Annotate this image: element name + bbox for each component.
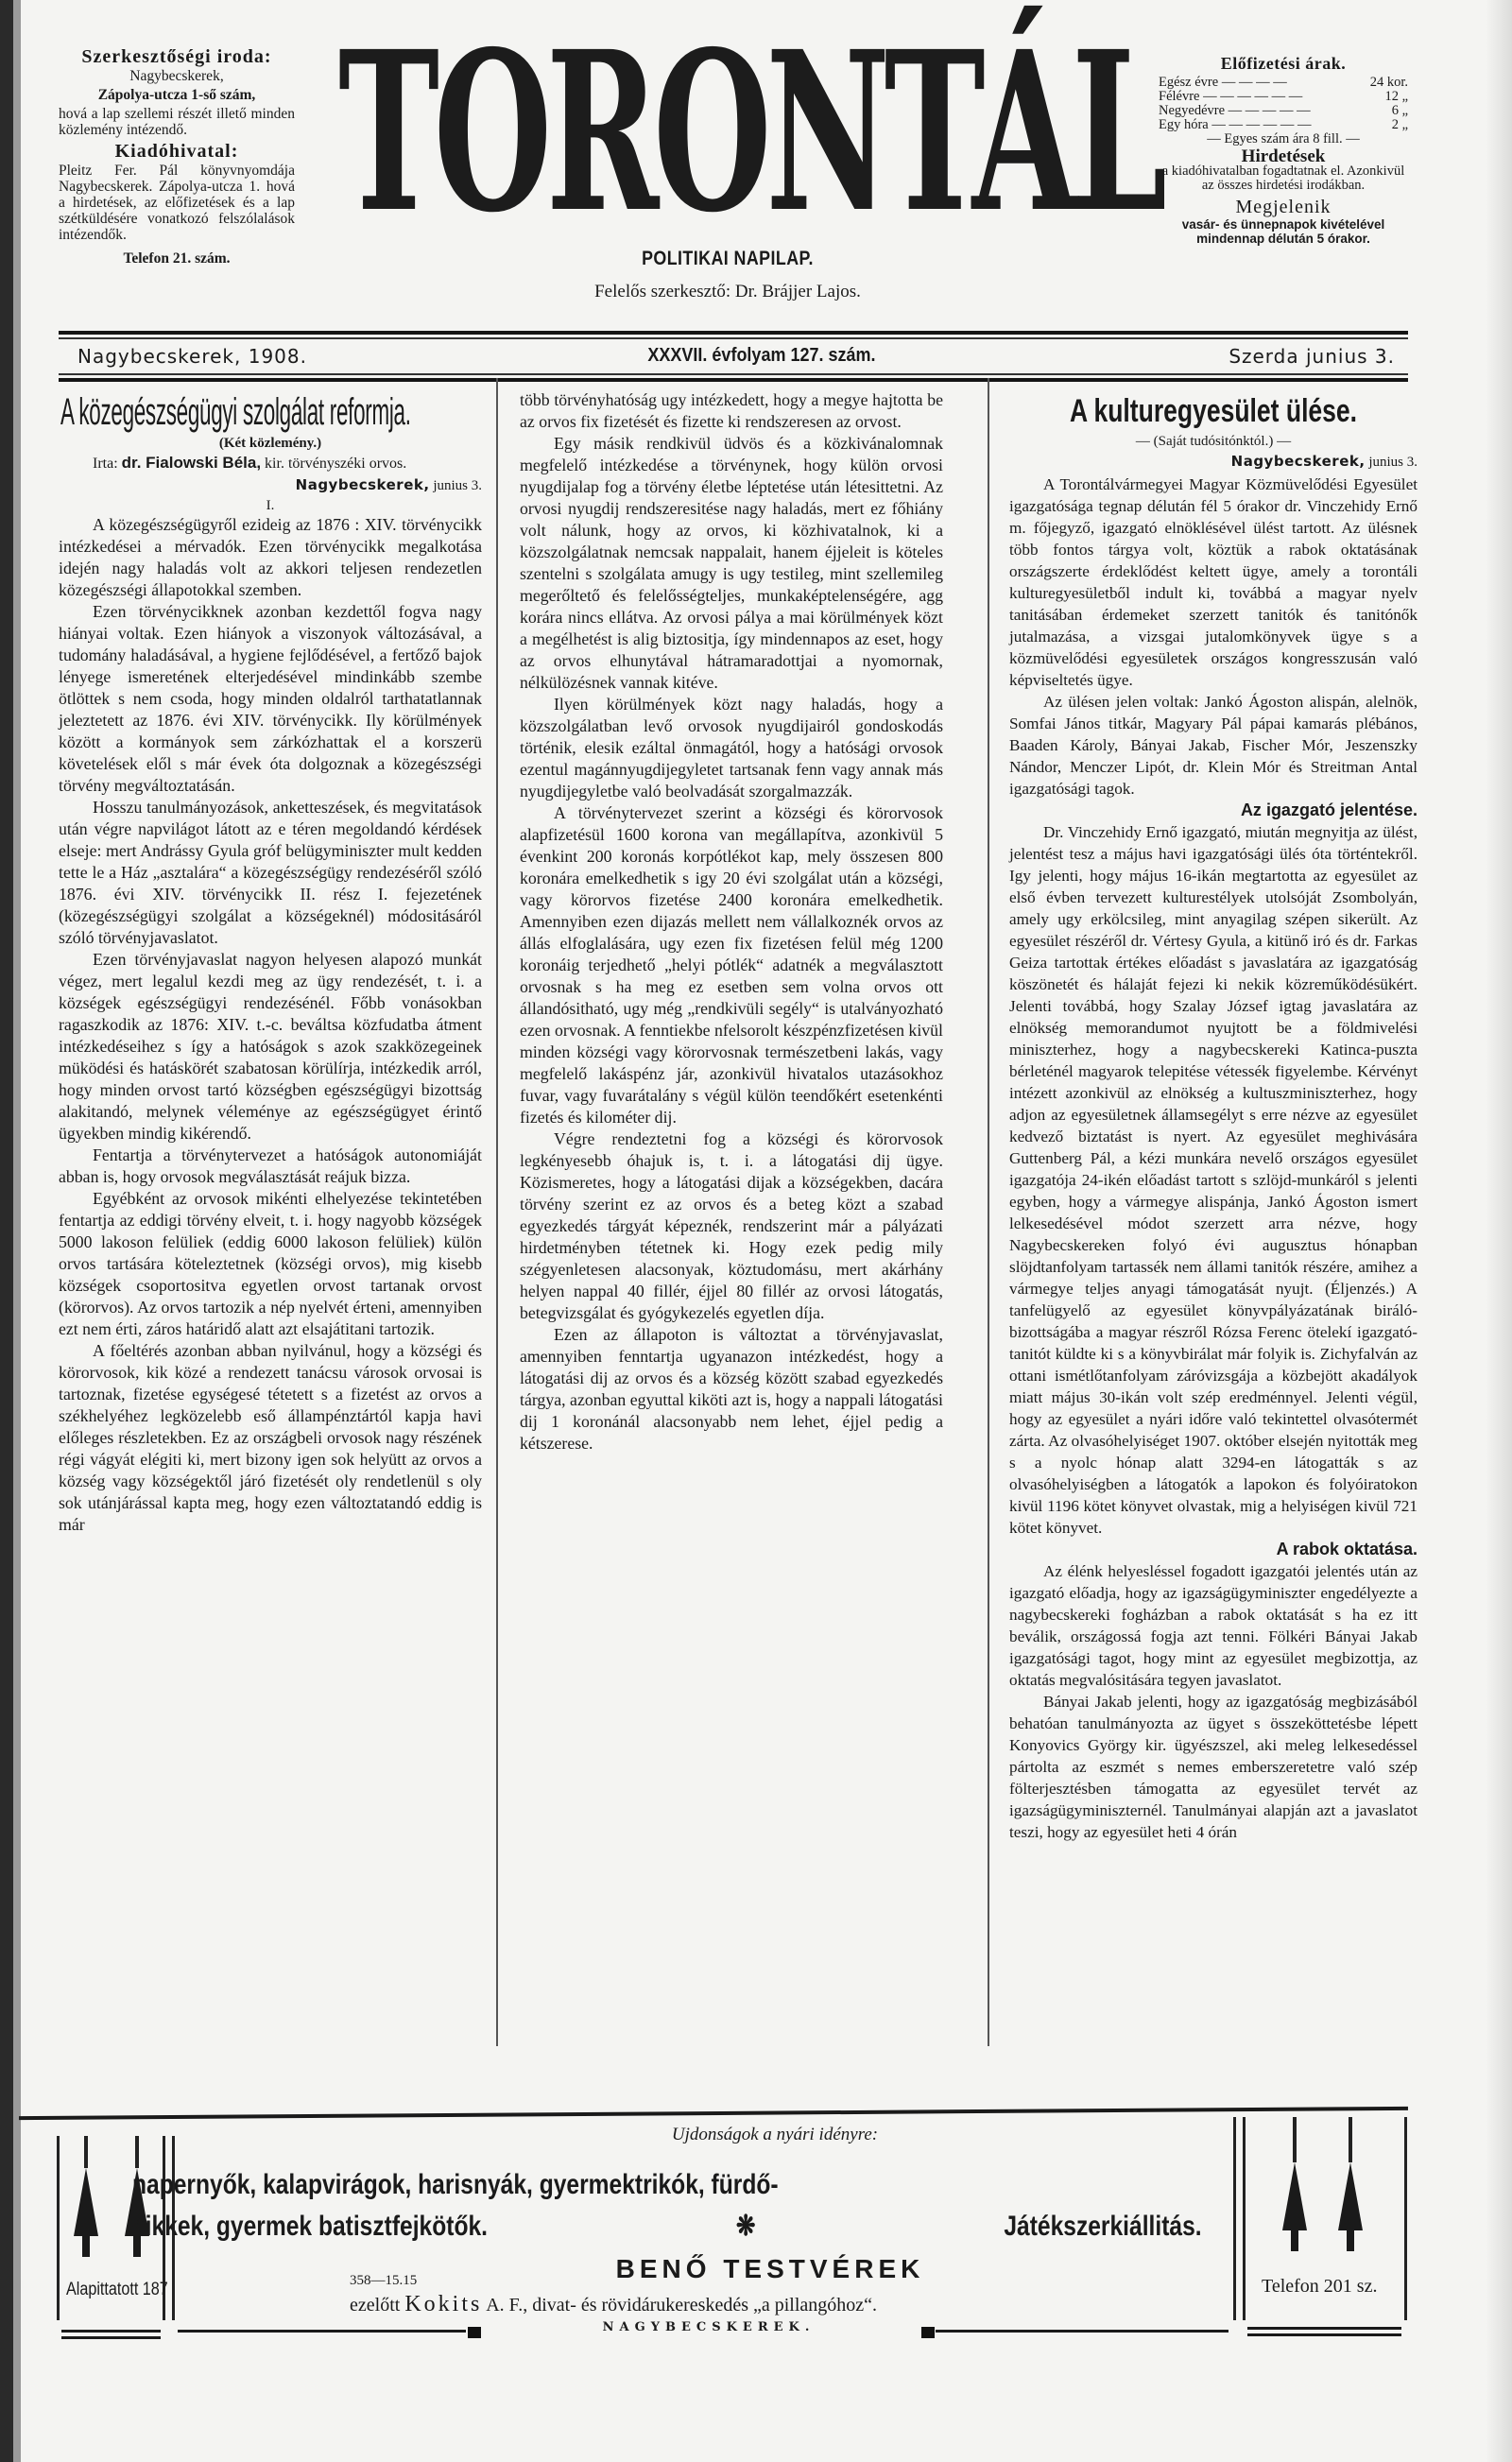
article-paragraph: Végre rendeztetni fog a községi és köror… bbox=[520, 1128, 943, 1324]
ad-city: NAGYBECSKEREK. bbox=[510, 2320, 907, 2334]
price-label: Félévre — — — — — — bbox=[1159, 90, 1302, 104]
ad-decorative-block bbox=[921, 2327, 935, 2338]
office-heading: Szerkesztőségi iroda: bbox=[59, 49, 295, 65]
former-shop-details: A. F., divat- és rövidárukereskedés „a p… bbox=[486, 2295, 877, 2316]
ad-founded: Alapittatott 187 bbox=[66, 2280, 168, 2300]
issue-date: Szerda junius 3. bbox=[1228, 345, 1395, 368]
ad-border bbox=[1233, 2117, 1236, 2320]
article-paragraph: Ezen törvénycikknek azonban kezdettől fo… bbox=[59, 601, 482, 797]
article-paragraph: A közegészségügyről ezideig az 1876 : XI… bbox=[59, 514, 482, 601]
ad-code: 358—15.15 bbox=[350, 2273, 417, 2289]
ornament-star-icon: ❋ bbox=[736, 2206, 756, 2247]
price-row: Negyedévre — — — — —6 „ bbox=[1159, 104, 1408, 118]
dateline-place: Nagybecskerek, bbox=[1231, 453, 1366, 470]
dateline-date: junius 3. bbox=[433, 478, 482, 493]
hanging-lamp-icon bbox=[1282, 2117, 1307, 2251]
article-headline: A közegészségügyi szolgálat reformja. bbox=[60, 389, 484, 435]
ads-note: a kiadóhivatalban fogadtatnak el. Azonki… bbox=[1159, 164, 1408, 193]
newspaper-title: TORONTÁL bbox=[338, 38, 751, 227]
price-value: 2 „ bbox=[1392, 118, 1408, 132]
issue-number: XXXVII. évfolyam 127. szám. bbox=[647, 345, 875, 367]
article-subtitle: (Két közlemény.) bbox=[59, 435, 482, 452]
byline-prefix: Irta: bbox=[93, 456, 118, 472]
article-paragraph: Bányai Jakab jelenti, hogy az igazgatósá… bbox=[1009, 1691, 1417, 1843]
dateline-date: junius 3. bbox=[1368, 455, 1417, 470]
ad-border bbox=[1243, 2117, 1246, 2320]
article-paragraph: Az ülésen jelen voltak: Jankó Ágoston al… bbox=[1009, 691, 1417, 800]
article-paragraph: Egyébként az orvosok mikénti elhelyezése… bbox=[59, 1188, 482, 1340]
article-part-number: I. bbox=[59, 497, 482, 514]
price-value: 6 „ bbox=[1392, 104, 1408, 118]
article-paragraph: Fentartja a törvénytervezet a hatóságok … bbox=[59, 1145, 482, 1188]
article-paragraph: A főeltérés azonban abban nyilvánul, hog… bbox=[59, 1340, 482, 1536]
ad-goods-text: Játékszerkiállitás. bbox=[1004, 2206, 1201, 2247]
publisher-note: Pleitz Fer. Pál könyvnyomdája Nagybecske… bbox=[59, 163, 295, 243]
ad-decorative-bar bbox=[61, 2336, 161, 2339]
ad-decorative-bar bbox=[178, 2330, 466, 2333]
ad-decorative-bar bbox=[936, 2330, 1228, 2333]
top-rule-thin bbox=[59, 337, 1408, 339]
ads-heading: Hirdetések bbox=[1159, 149, 1408, 164]
former-shop-owner: Kokits bbox=[404, 2292, 482, 2316]
dateline-place: Nagybecskerek, bbox=[296, 476, 430, 493]
author-name: dr. Fialowski Béla, bbox=[122, 454, 261, 472]
ad-decorative-bar bbox=[1247, 2327, 1401, 2330]
ad-goods-line: cikkek, gyermek batisztfejkötők. ❋ Játék… bbox=[132, 2206, 1202, 2247]
article-headline: A kulturegyesület ülése. bbox=[1055, 389, 1373, 433]
ad-decorative-bar bbox=[61, 2330, 161, 2333]
ad-border bbox=[57, 2136, 60, 2320]
price-label: Negyedévre — — — — — bbox=[1159, 104, 1311, 118]
editorial-office-box: Szerkesztőségi iroda: Nagybecskerek, Záp… bbox=[59, 49, 295, 267]
article-paragraph: Egy másik rendkivül üdvös és a közkivána… bbox=[520, 433, 943, 694]
responsible-editor: Felelős szerkesztő: Dr. Brájjer Lajos. bbox=[558, 282, 898, 302]
hanging-lamp-icon bbox=[1338, 2117, 1363, 2251]
date-bar: Nagybecskerek, 1908. XXXVII. évfolyam 12… bbox=[59, 345, 1408, 373]
column-divider bbox=[496, 378, 498, 2046]
ad-goods-text: cikkek, gyermek batisztfejkötők. bbox=[132, 2206, 488, 2247]
article-paragraph: Hosszu tanulmányozások, anketteszések, é… bbox=[59, 797, 482, 949]
prices-heading: Előfizetési árak. bbox=[1159, 57, 1408, 71]
column-divider bbox=[988, 378, 989, 2046]
bottom-rule bbox=[59, 378, 1408, 382]
single-issue-price: — Egyes szám ára 8 fill. — bbox=[1159, 132, 1408, 146]
price-value: 12 „ bbox=[1384, 90, 1408, 104]
page-binding-shadow bbox=[13, 0, 21, 2462]
ad-decorative-bar bbox=[1247, 2333, 1401, 2336]
price-value: 24 kor. bbox=[1370, 76, 1408, 90]
section-subheading: Az igazgató jelentése. bbox=[1009, 800, 1417, 821]
advertisement-beno-testverek: Ujdonságok a nyári idényre: napernyők, k… bbox=[19, 2117, 1408, 2320]
price-row: Egy hóra — — — — — —2 „ bbox=[1159, 118, 1408, 132]
ad-intro: Ujdonságok a nyári idényre: bbox=[576, 2125, 973, 2145]
place-year: Nagybecskerek, 1908. bbox=[77, 345, 307, 368]
ad-phone: Telefon 201 sz. bbox=[1262, 2276, 1377, 2298]
page-edge-shadow bbox=[1486, 0, 1512, 2462]
office-note: hová a lap szellemi részét illető minden… bbox=[59, 106, 295, 138]
article-paragraph: Az élénk helyesléssel fogadott igazgatói… bbox=[1009, 1560, 1417, 1691]
ad-goods-line: napernyők, kalapvirágok, harisnyák, gyer… bbox=[132, 2164, 1008, 2206]
office-phone: Telefon 21. szám. bbox=[59, 250, 295, 267]
ad-brand-name: BENŐ TESTVÉREK bbox=[572, 2254, 969, 2284]
page-binding-edge bbox=[0, 0, 13, 2462]
article-dateline: Nagybecskerek, junius 3. bbox=[59, 474, 482, 497]
article-paragraph: Ezen az állapoton is változtat a törvény… bbox=[520, 1324, 943, 1455]
office-address: Zápolya-utcza 1-ső szám, bbox=[59, 87, 295, 103]
article-paragraph: Dr. Vinczehidy Ernő igazgató, miután meg… bbox=[1009, 821, 1417, 1539]
article-paragraph: Ezen törvényjavaslat nagyon helyesen ala… bbox=[59, 949, 482, 1145]
article-paragraph: Ilyen körülmények közt nagy haladás, hog… bbox=[520, 694, 943, 802]
bottom-rule-thin bbox=[59, 373, 1408, 375]
article-subtitle: — (Saját tudósitónktól.) — bbox=[1009, 433, 1417, 451]
publisher-heading: Kiadóhivatal: bbox=[59, 144, 295, 160]
newspaper-subtitle: POLITIKAI NAPILAP. bbox=[608, 248, 849, 270]
article-public-health-reform: A közegészségügyi szolgálat reformja. (K… bbox=[59, 389, 482, 1536]
schedule-note: vasár- és ünnepnapok kivételével mindenn… bbox=[1159, 217, 1408, 246]
office-city: Nagybecskerek, bbox=[59, 68, 295, 84]
subscription-prices-box: Előfizetési árak. Egész évre — — — —24 k… bbox=[1159, 57, 1408, 246]
article-dateline: Nagybecskerek, junius 3. bbox=[1009, 451, 1417, 473]
price-label: Egy hóra — — — — — — bbox=[1159, 118, 1312, 132]
ad-decorative-block bbox=[468, 2327, 481, 2338]
ad-border bbox=[1404, 2117, 1407, 2320]
article-byline: Irta: dr. Fialowski Béla, kir. törvénysz… bbox=[59, 452, 482, 474]
former-prefix: ezelőtt bbox=[350, 2295, 400, 2316]
author-title: kir. törvényszéki orvos. bbox=[265, 456, 406, 472]
price-row: Félévre — — — — — —12 „ bbox=[1159, 90, 1408, 104]
article-cultural-association-meeting: A kulturegyesület ülése. — (Saját tudósi… bbox=[1009, 389, 1417, 1843]
ad-goods-list: napernyők, kalapvirágok, harisnyák, gyer… bbox=[132, 2164, 1008, 2247]
schedule-heading: Megjelenik bbox=[1159, 200, 1408, 215]
section-subheading: A rabok oktatása. bbox=[1009, 1539, 1417, 1560]
ad-former-name: ezelőtt Kokits A. F., divat- és rövidáru… bbox=[350, 2292, 1200, 2317]
hanging-lamp-icon bbox=[74, 2136, 98, 2257]
price-label: Egész évre — — — — bbox=[1159, 76, 1287, 90]
top-rule bbox=[59, 331, 1408, 335]
article-paragraph: A törvénytervezet szerint a községi és k… bbox=[520, 802, 943, 1128]
price-row: Egész évre — — — —24 kor. bbox=[1159, 76, 1408, 90]
article-paragraph: több törvényhatóság ugy intézkedett, hog… bbox=[520, 389, 943, 433]
article-public-health-reform-continued: több törvényhatóság ugy intézkedett, hog… bbox=[520, 389, 943, 1455]
article-paragraph: A Torontálvármegyei Magyar Közmüvelődési… bbox=[1009, 473, 1417, 691]
